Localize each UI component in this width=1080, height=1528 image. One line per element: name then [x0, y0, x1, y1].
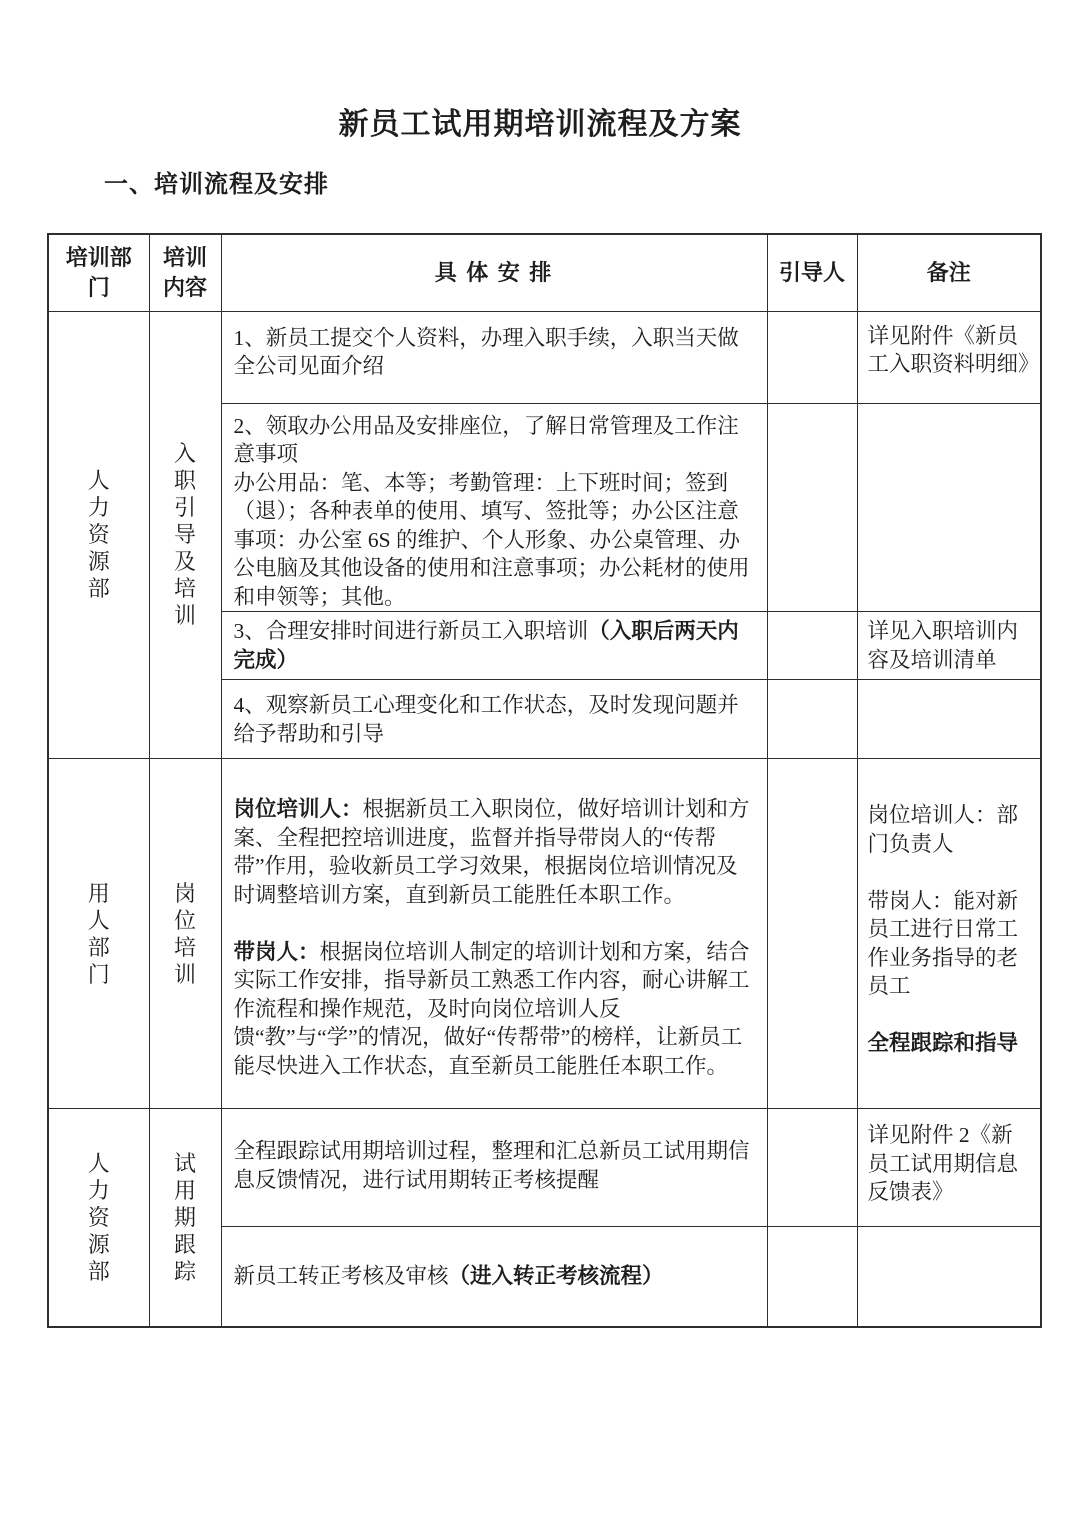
arrangement-cell: 新员工转正考核及审核（进入转正考核流程） — [221, 1227, 767, 1327]
arrangement-text: 岗位培训人：根据新员工入职岗位，做好培训计划和方案、全程把控培训进度，监督并指导… — [234, 795, 753, 909]
arrangement-cell: 1、新员工提交个人资料，办理入职手续，入职当天做全公司见面介绍 — [221, 311, 767, 403]
guide-cell — [767, 1227, 857, 1327]
col-header-guide: 引导人 — [767, 234, 857, 311]
arrangement-cell: 2、领取办公用品及安排座位，了解日常管理及工作注意事项 办公用品：笔、本等；考勤… — [221, 403, 767, 612]
arrangement-cell: 3、合理安排时间进行新员工入职培训（入职后两天内完成） — [221, 612, 767, 680]
remark-cell: 详见入职培训内容及培训清单 — [857, 612, 1041, 680]
arrangement-cell: 全程跟踪试用期培训过程，整理和汇总新员工试用期信息反馈情况，进行试用期转正考核提… — [221, 1109, 767, 1227]
department-cell-hr: 人力资源部 — [48, 1109, 149, 1327]
guide-cell — [767, 612, 857, 680]
remark-cell — [857, 403, 1041, 612]
document-page: { "page": { "title": "新员工试用期培训流程及方案", "s… — [0, 0, 1080, 1528]
remark-text: 详见附件 2《新员工试用期信息反馈表》 — [868, 1121, 1033, 1207]
col-header-department: 培训部门 — [48, 234, 149, 311]
arrangement-cell: 4、观察新员工心理变化和工作状态，及时发现问题并给予帮助和引导 — [221, 680, 767, 759]
remark-cell: 详见附件《新员工入职资料明细》 — [857, 311, 1041, 403]
remark-cell: 详见附件 2《新员工试用期信息反馈表》 — [857, 1109, 1041, 1227]
col-header-remarks: 备注 — [857, 234, 1041, 311]
department-cell-hr: 人力资源部 — [48, 311, 149, 759]
arrangement-text: 4、观察新员工心理变化和工作状态，及时发现问题并给予帮助和引导 — [234, 691, 753, 748]
table-row: 人力资源部 试用期跟踪 全程跟踪试用期培训过程，整理和汇总新员工试用期信息反馈情… — [48, 1109, 1041, 1227]
arrangement-text: 3、合理安排时间进行新员工入职培训（入职后两天内完成） — [234, 617, 753, 674]
arrangement-text: 2、领取办公用品及安排座位，了解日常管理及工作注意事项 — [234, 412, 753, 469]
content-cell-probation-tracking: 试用期跟踪 — [149, 1109, 221, 1327]
arrangement-text: 新员工转正考核及审核（进入转正考核流程） — [234, 1262, 753, 1291]
remark-cell — [857, 1227, 1041, 1327]
content-cell-onboarding: 入职引导及培训 — [149, 311, 221, 759]
remark-cell: 岗位培训人：部门负责人 带岗人：能对新员工进行日常工作业务指导的老员工 全程跟踪… — [857, 759, 1041, 1109]
department-label: 人力资源部 — [86, 1150, 112, 1285]
arrangement-cell: 岗位培训人：根据新员工入职岗位，做好培训计划和方案、全程把控培训进度，监督并指导… — [221, 759, 767, 1109]
col-header-arrangement: 具 体 安 排 — [221, 234, 767, 311]
guide-cell — [767, 759, 857, 1109]
document-title: 新员工试用期培训流程及方案 — [0, 104, 1080, 146]
guide-cell — [767, 311, 857, 403]
remark-text: 岗位培训人：部门负责人 — [868, 801, 1033, 858]
remark-bold-text: 全程跟踪和指导 — [868, 1029, 1033, 1058]
department-label: 用人部门 — [86, 880, 112, 988]
content-label: 试用期跟踪 — [172, 1150, 198, 1285]
table-row: 用人部门 岗位培训 岗位培训人：根据新员工入职岗位，做好培训计划和方案、全程把控… — [48, 759, 1041, 1109]
arrangement-text: 1、新员工提交个人资料，办理入职手续，入职当天做全公司见面介绍 — [234, 324, 753, 381]
remark-text: 详见附件《新员工入职资料明细》 — [868, 322, 1033, 379]
arrangement-bold-label: 带岗人： — [234, 940, 320, 964]
content-label: 入职引导及培训 — [172, 440, 198, 629]
arrangement-bold-text: （进入转正考核流程） — [449, 1264, 664, 1288]
arrangement-text: 全程跟踪试用期培训过程，整理和汇总新员工试用期信息反馈情况，进行试用期转正考核提… — [234, 1137, 753, 1194]
table-row: 人力资源部 入职引导及培训 1、新员工提交个人资料，办理入职手续，入职当天做全公… — [48, 311, 1041, 403]
department-cell-user-dept: 用人部门 — [48, 759, 149, 1109]
arrangement-text: 办公用品：笔、本等；考勤管理：上下班时间；签到（退）；各种表单的使用、填写、签批… — [234, 469, 753, 612]
guide-cell — [767, 403, 857, 612]
remark-text: 详见入职培训内容及培训清单 — [868, 617, 1033, 674]
content-label: 岗位培训 — [172, 880, 198, 988]
guide-cell — [767, 680, 857, 759]
section-heading: 一、培训流程及安排 — [104, 168, 329, 202]
table-header-row: 培训部门 培训内容 具 体 安 排 引导人 备注 — [48, 234, 1041, 311]
col-header-content: 培训内容 — [149, 234, 221, 311]
department-label: 人力资源部 — [86, 467, 112, 602]
training-table: 培训部门 培训内容 具 体 安 排 引导人 备注 人力资源部 入职引导及培训 1… — [47, 233, 1042, 1328]
remark-text: 带岗人：能对新员工进行日常工作业务指导的老员工 — [868, 887, 1033, 1001]
content-cell-post-training: 岗位培训 — [149, 759, 221, 1109]
arrangement-text: 带岗人：根据岗位培训人制定的培训计划和方案，结合实际工作安排，指导新员工熟悉工作… — [234, 938, 753, 1081]
arrangement-bold-label: 岗位培训人： — [234, 797, 363, 821]
remark-cell — [857, 680, 1041, 759]
guide-cell — [767, 1109, 857, 1227]
